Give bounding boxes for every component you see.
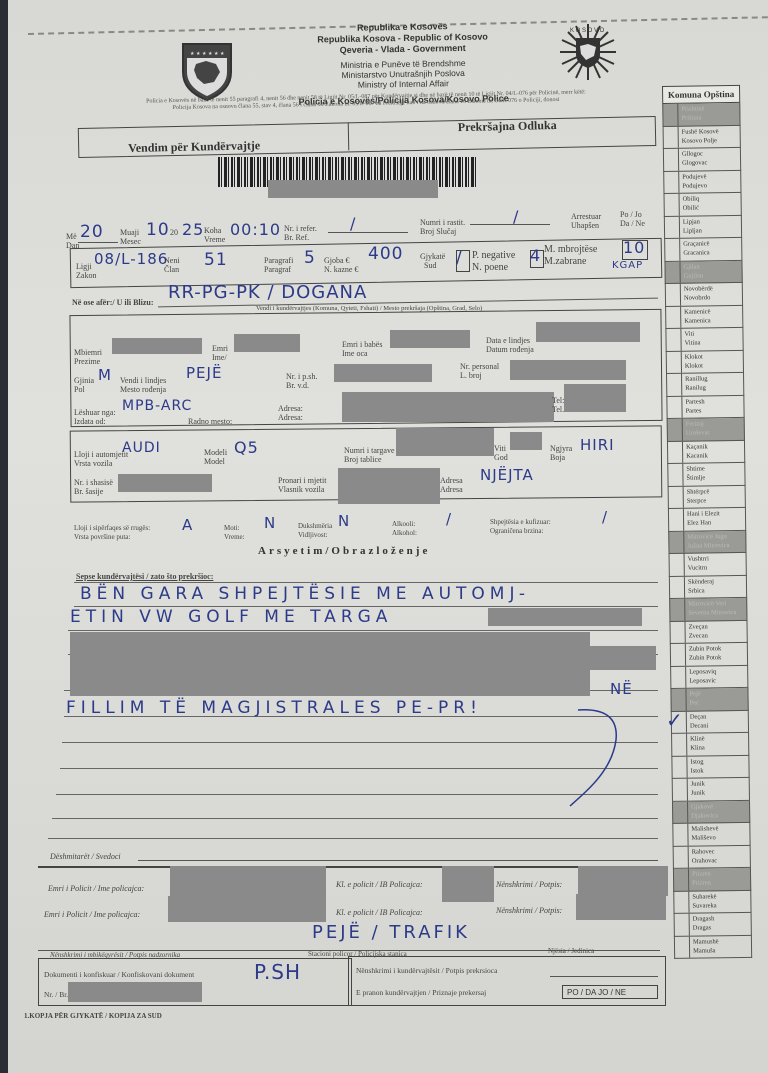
municipality-checkbox[interactable] xyxy=(673,801,688,823)
municipality-row[interactable]: VitiVitina xyxy=(665,328,743,352)
article-label: NeniČlan xyxy=(164,256,180,274)
municipality-name: Mitrovicë JuguJužna Mitrovica xyxy=(684,530,745,552)
dob-label: Data e lindjesDatum rođenja xyxy=(486,336,534,354)
municipality-name: VushtrriVucitrn xyxy=(685,553,746,575)
municipality-name: PejëPeć xyxy=(686,688,747,710)
municipality-checkbox[interactable] xyxy=(664,149,679,171)
month-value: 10 xyxy=(146,220,170,240)
redacted-serial xyxy=(268,180,438,198)
ban-label: M. mbrojtëseM.zabrane xyxy=(544,244,597,268)
day-value: 20 xyxy=(80,222,104,242)
speed-value: / xyxy=(602,508,608,526)
municipality-checkbox[interactable] xyxy=(675,936,690,958)
municipality-checkbox[interactable] xyxy=(669,531,684,553)
municipality-name: Zubin PotokZubin Potok xyxy=(686,643,747,665)
municipality-row[interactable]: LipjanLipljan xyxy=(664,215,742,239)
svg-text:★: ★ xyxy=(214,51,219,57)
reasoning-heading: Arsyetim/Obrazloženje xyxy=(258,545,430,557)
alcohol-label: Alkooli:Alkohol: xyxy=(392,520,417,538)
municipality-row[interactable]: ShtimeŠtimlje xyxy=(667,463,745,487)
svg-text:K O S O V O: K O S O V O xyxy=(570,28,605,34)
weather-value: N xyxy=(264,514,276,532)
municipality-checkbox[interactable] xyxy=(673,779,688,801)
municipality-checkbox[interactable] xyxy=(666,329,681,351)
weather-label: Moti:Vreme: xyxy=(224,524,245,542)
municipality-name: DragashDragas xyxy=(690,913,751,935)
chassis-label: Nr. i shasisëBr. šasije xyxy=(74,478,113,496)
municipality-name: FerizajUroševac xyxy=(683,418,744,440)
vehicle-type-value: AUDI xyxy=(122,440,161,456)
municipality-row[interactable]: RahovecOrahovac xyxy=(673,845,751,869)
municipality-checkbox[interactable] xyxy=(668,419,683,441)
paragraph-label: ParagrafiParagraf xyxy=(264,256,293,274)
arrest-options[interactable]: Po / JoDa / Ne xyxy=(620,210,645,228)
personal-label: Nr. personalL. broj xyxy=(460,362,499,380)
municipality-name: PodujevëPodujevo xyxy=(679,170,740,192)
plate-label: Numri i targaveBroj tablice xyxy=(344,446,395,464)
municipality-name: Hani i ElezitElez Han xyxy=(684,508,745,530)
father-label: Emri i babësIme oca xyxy=(342,340,382,358)
municipality-checkbox[interactable] xyxy=(670,599,685,621)
visibility-label: DukshmëriaVidljivost: xyxy=(298,522,332,540)
officer2-signature-label: Nënshkrimi / Potpis: xyxy=(496,906,562,915)
visibility-value: N xyxy=(338,512,350,530)
year-label: VitiGod xyxy=(494,444,508,462)
municipality-checkbox[interactable] xyxy=(672,756,687,778)
accepts-options[interactable]: PO / DA JO / NE xyxy=(562,985,658,999)
municipality-checkbox[interactable] xyxy=(668,464,683,486)
municipality-name: GjakovëDjakovica xyxy=(688,800,749,822)
municipality-name: ObiliqObilić xyxy=(680,193,741,215)
municipality-checkbox[interactable] xyxy=(671,666,686,688)
municipality-checkbox[interactable] xyxy=(673,824,688,846)
municipality-row[interactable]: NovobërdëNovobrdo xyxy=(665,283,743,307)
alcohol-value: / xyxy=(446,510,452,528)
municipality-row[interactable]: GllogocGlogovac xyxy=(663,148,741,172)
municipality-name: LipjanLipljan xyxy=(680,215,741,237)
municipality-name: ParteshPartes xyxy=(682,395,743,417)
municipality-name: ShtimeŠtimlje xyxy=(683,463,744,485)
witnesses-label: Dëshmitarët / Svedoci xyxy=(50,852,121,861)
municipality-checkbox[interactable] xyxy=(663,104,678,126)
municipality-checkbox[interactable] xyxy=(672,734,687,756)
accepts-label: E pranon kundërvajtjen / Priznaje preker… xyxy=(356,988,486,997)
kosovo-police-star-icon: K O S O V O xyxy=(556,20,620,84)
municipality-checkbox[interactable] xyxy=(668,441,683,463)
kosovo-crest-icon: ★★★ ★★★ xyxy=(180,40,234,102)
workplace-label: Radno mesto: xyxy=(188,408,232,426)
road-value: A xyxy=(182,516,193,534)
gender-label: GjiniaPol xyxy=(74,376,94,394)
municipality-checkbox[interactable] xyxy=(670,554,685,576)
svg-text:★: ★ xyxy=(202,51,207,57)
svg-text:★: ★ xyxy=(208,51,213,57)
municipality-name: Fushë KosovëKosovo Polje xyxy=(679,125,740,147)
owner-label: Pronari i mjetitVlasnik vozila xyxy=(278,476,326,494)
birthplace-value: PEJË xyxy=(186,364,222,382)
ref-value: / xyxy=(350,214,356,233)
municipality-row[interactable]: Mitrovicë VeriSeverna Mitrovica xyxy=(669,598,747,622)
case-label: Numri i rastit.Broj Slučaj xyxy=(420,218,465,236)
municipality-row[interactable]: PrishtinëPriština xyxy=(662,103,740,127)
municipality-row[interactable]: ParteshPartes xyxy=(666,395,744,419)
municipality-name: KaçanikKacanik xyxy=(683,440,744,462)
fine-label: Gjoba €N. kazne € xyxy=(324,256,358,274)
municipality-row[interactable]: MamushëMamuša xyxy=(674,935,752,959)
municipality-name: KlokotKlokot xyxy=(682,350,743,372)
fine-value: 400 xyxy=(368,244,403,264)
offender-signature-label: Nënshkrimi i kundërvajtësit / Potpis pre… xyxy=(356,966,497,975)
municipality-name: MalishevëMališevo xyxy=(688,823,749,845)
law-value: 08/L-186 xyxy=(94,250,168,268)
municipality-name: KlinëKlina xyxy=(687,733,748,755)
title-sq: Vendim për Kundërvajtje xyxy=(128,138,260,156)
year-prefix: 20 xyxy=(170,228,178,237)
municipality-checkbox[interactable] xyxy=(666,306,681,328)
points-value: 4 xyxy=(530,246,541,265)
municipality-row[interactable]: IstogIstok xyxy=(671,755,749,779)
surname-label: MbiemriPrezime xyxy=(74,348,102,366)
speed-label: Shpejtësia e kufizuar:Ograničena brzina: xyxy=(490,518,551,536)
paragraph-value: 5 xyxy=(304,248,316,268)
municipality-row[interactable]: KlokotKlokot xyxy=(666,350,744,374)
municipality-checkbox[interactable] xyxy=(671,644,686,666)
officer1-signature-label: Nënshkrimi / Potpis: xyxy=(496,880,562,889)
station-value: PEJË / TRAFIK xyxy=(312,922,470,943)
municipality-name: NovobërdëNovobrdo xyxy=(681,283,742,305)
reasoning-line-5: FILLIM TË MAGJISTRALES PE-PR! xyxy=(66,698,482,718)
copy-label: 1.KOPJA PËR GJYKATË / KOPIJA ZA SUD xyxy=(24,1012,162,1021)
municipality-row[interactable]: Mitrovicë JuguJužna Mitrovica xyxy=(668,530,746,554)
color-value: HIRI xyxy=(580,436,615,454)
municipality-row[interactable]: Fushë KosovëKosovo Polje xyxy=(663,125,741,149)
checkmark-icon: ✓ xyxy=(666,708,683,733)
model-label: ModeliModel xyxy=(204,448,227,466)
model-value: Q5 xyxy=(234,438,259,457)
svg-text:★: ★ xyxy=(220,51,225,57)
confiscated-label: Dokumenti i konfiskuar / Konfiskovani do… xyxy=(44,970,194,979)
municipality-name: KamenicëKamenica xyxy=(681,305,742,327)
ban-value: 10 xyxy=(623,238,645,257)
municipality-row[interactable]: RanillugRanilug xyxy=(666,373,744,397)
municipality-row[interactable]: Zubin PotokZubin Potok xyxy=(670,643,748,667)
municipality-row[interactable]: KamenicëKamenica xyxy=(665,305,743,329)
location-label: Në ose afër:/ U ili Blizu: xyxy=(72,298,154,307)
municipality-checkbox[interactable] xyxy=(667,374,682,396)
municipality-checkbox[interactable] xyxy=(665,194,680,216)
municipality-checkbox[interactable] xyxy=(674,846,689,868)
municipality-row[interactable]: GjakovëDjakovica xyxy=(672,800,750,824)
time-label: KohaVreme xyxy=(204,226,225,244)
municipality-name: VitiVitina xyxy=(681,328,742,350)
municipality-row[interactable]: VushtrriVucitrn xyxy=(669,553,747,577)
id-label: Nr. i p.sh.Br. v.d. xyxy=(286,372,317,390)
municipality-checkbox[interactable] xyxy=(667,351,682,373)
issued-value: MPB-ARC xyxy=(122,398,192,414)
road-label: Lloji i sipërfaqes së rrugës:Vrsta površ… xyxy=(74,524,150,542)
municipality-checkbox[interactable] xyxy=(669,486,684,508)
municipality-row[interactable]: PodujevëPodujevo xyxy=(663,170,741,194)
svg-text:★: ★ xyxy=(196,51,201,57)
municipality-row[interactable]: SuharekëSuvareka xyxy=(673,890,751,914)
municipality-row[interactable]: PrizrenPrizren xyxy=(673,868,751,892)
municipality-row[interactable]: KlinëKlina xyxy=(671,733,749,757)
municipality-row[interactable]: GraçanicëGracanica xyxy=(664,238,742,262)
municipality-row[interactable]: FerizajUroševac xyxy=(667,418,745,442)
vehicle-type-label: Lloji i automjetitVrsta vozila xyxy=(74,450,128,468)
municipality-checkbox[interactable] xyxy=(665,239,680,261)
municipality-row[interactable]: DragashDragas xyxy=(674,913,752,937)
municipality-row[interactable]: KaçanikKacanik xyxy=(667,440,745,464)
municipality-name: ZveçanZvecan xyxy=(685,620,746,642)
location-value: RR-PG-PK / DOGANA xyxy=(168,282,367,303)
municipality-row[interactable]: GjilanGnjilan xyxy=(664,260,742,284)
address-label: Adresa:Adresa: xyxy=(278,404,303,422)
officer1-id-label: Kl. e policit / IB Policajca: xyxy=(336,880,423,889)
municipality-row[interactable]: ShtërpcëSterpce xyxy=(668,485,746,509)
birthplace-label: Vendi i lindjesMesto rođenja xyxy=(120,376,166,394)
color-label: NgjyraBoja xyxy=(550,444,572,462)
municipality-checkbox[interactable] xyxy=(665,216,680,238)
municipality-checkbox[interactable] xyxy=(670,576,685,598)
confiscated-value: P.SH xyxy=(254,960,301,984)
municipality-row[interactable]: Hani i ElezitElez Han xyxy=(668,508,746,532)
year-value: 25 xyxy=(182,220,204,239)
municipality-name: GjilanGnjilan xyxy=(680,260,741,282)
municipality-name: RanillugRanilug xyxy=(682,373,743,395)
reasoning-line-6: NË xyxy=(610,680,633,698)
officer1-label: Emri i Policit / Ime policajca: xyxy=(48,884,144,893)
violation-ticket-paper: ★★★ ★★★ Republika e Kosovës Republika Ko… xyxy=(8,0,768,1073)
municipality-name: LeposaviqLeposavic xyxy=(686,665,747,687)
reasoning-line-1: BËN GARA SHPEJTËSIE ME AUTOMJ- xyxy=(80,584,530,604)
municipality-checkbox[interactable] xyxy=(666,284,681,306)
time-value: 00:10 xyxy=(230,220,281,239)
points-label: P. negativeN. poene xyxy=(472,250,515,274)
municipality-header: Komuna Opština xyxy=(662,85,740,104)
municipality-name: PrishtinëPriština xyxy=(678,103,739,125)
municipality-name: MamushëMamuša xyxy=(690,935,751,957)
officer2-id-label: Kl. e policit / IB Policajca: xyxy=(336,908,423,917)
month-label: MuajiMesec xyxy=(120,228,141,246)
municipality-name: JunikJunik xyxy=(688,778,749,800)
nr-label: Nr. / Br. xyxy=(44,990,68,999)
issued-label: Lëshuar nga:Izdata od: xyxy=(74,408,116,426)
municipality-name: SkënderajSrbica xyxy=(685,575,746,597)
municipality-name: PrizrenPrizren xyxy=(689,868,750,890)
municipality-name: GraçanicëGracanica xyxy=(680,238,741,260)
municipality-row[interactable]: ZveçanZvecan xyxy=(669,620,747,644)
municipality-table: Komuna Opština PrishtinëPrištinaFushë Ko… xyxy=(662,85,752,959)
municipality-row[interactable]: ObiliqObilić xyxy=(664,193,742,217)
ref-label: Nr. i refer.Br. Ref. xyxy=(284,224,317,242)
municipality-row[interactable]: MalishevëMališevo xyxy=(672,823,750,847)
municipality-name: Mitrovicë VeriSeverna Mitrovica xyxy=(685,598,746,620)
case-value: / xyxy=(513,207,519,226)
municipality-name: DeçanDecani xyxy=(687,710,748,732)
municipality-checkbox[interactable] xyxy=(664,171,679,193)
municipality-row[interactable]: JunikJunik xyxy=(672,778,750,802)
municipality-checkbox[interactable] xyxy=(669,509,684,531)
municipality-checkbox[interactable] xyxy=(665,261,680,283)
municipality-name: IstogIstok xyxy=(687,755,748,777)
municipality-checkbox[interactable] xyxy=(664,126,679,148)
gender-value: M xyxy=(98,366,112,384)
municipality-row[interactable]: SkënderajSrbica xyxy=(669,575,747,599)
ban-note: KGAP xyxy=(612,260,643,271)
owner-address-label: AdresaAdresa xyxy=(440,476,463,494)
article-value: 51 xyxy=(204,250,228,270)
municipality-checkbox[interactable] xyxy=(667,396,682,418)
because-label: Sepse kundërvajtësi / zato što prekršioc… xyxy=(76,572,213,581)
municipality-row[interactable]: LeposaviqLeposavic xyxy=(670,665,748,689)
reasoning-line-2: ETIN VW GOLF ME TARGA xyxy=(70,607,392,627)
municipality-checkbox[interactable] xyxy=(670,621,685,643)
arrest-label: ArrestuarUhapšen xyxy=(571,212,601,230)
municipality-name: RahovecOrahovac xyxy=(689,845,750,867)
svg-text:★: ★ xyxy=(190,51,195,57)
title-sr: Prekršajna Odluka xyxy=(458,118,557,135)
court-label: Gjykatë Sud xyxy=(420,252,445,270)
municipality-checkbox[interactable] xyxy=(674,891,689,913)
municipality-checkbox[interactable] xyxy=(675,914,690,936)
owner-address-value: NJËJTA xyxy=(480,466,534,484)
z-strike-mark xyxy=(568,700,628,810)
municipality-name: GllogocGlogovac xyxy=(679,148,740,170)
municipality-name: ShtërpcëSterpce xyxy=(684,485,745,507)
court-value: / xyxy=(456,248,463,268)
municipality-checkbox[interactable] xyxy=(674,869,689,891)
officer2-label: Emri i Policit / Ime policajca: xyxy=(44,910,140,919)
municipality-name: SuharekëSuvareka xyxy=(689,890,750,912)
name-label: EmriIme/ xyxy=(212,344,228,362)
unit-label: Njësia / Jedinica xyxy=(548,947,594,956)
